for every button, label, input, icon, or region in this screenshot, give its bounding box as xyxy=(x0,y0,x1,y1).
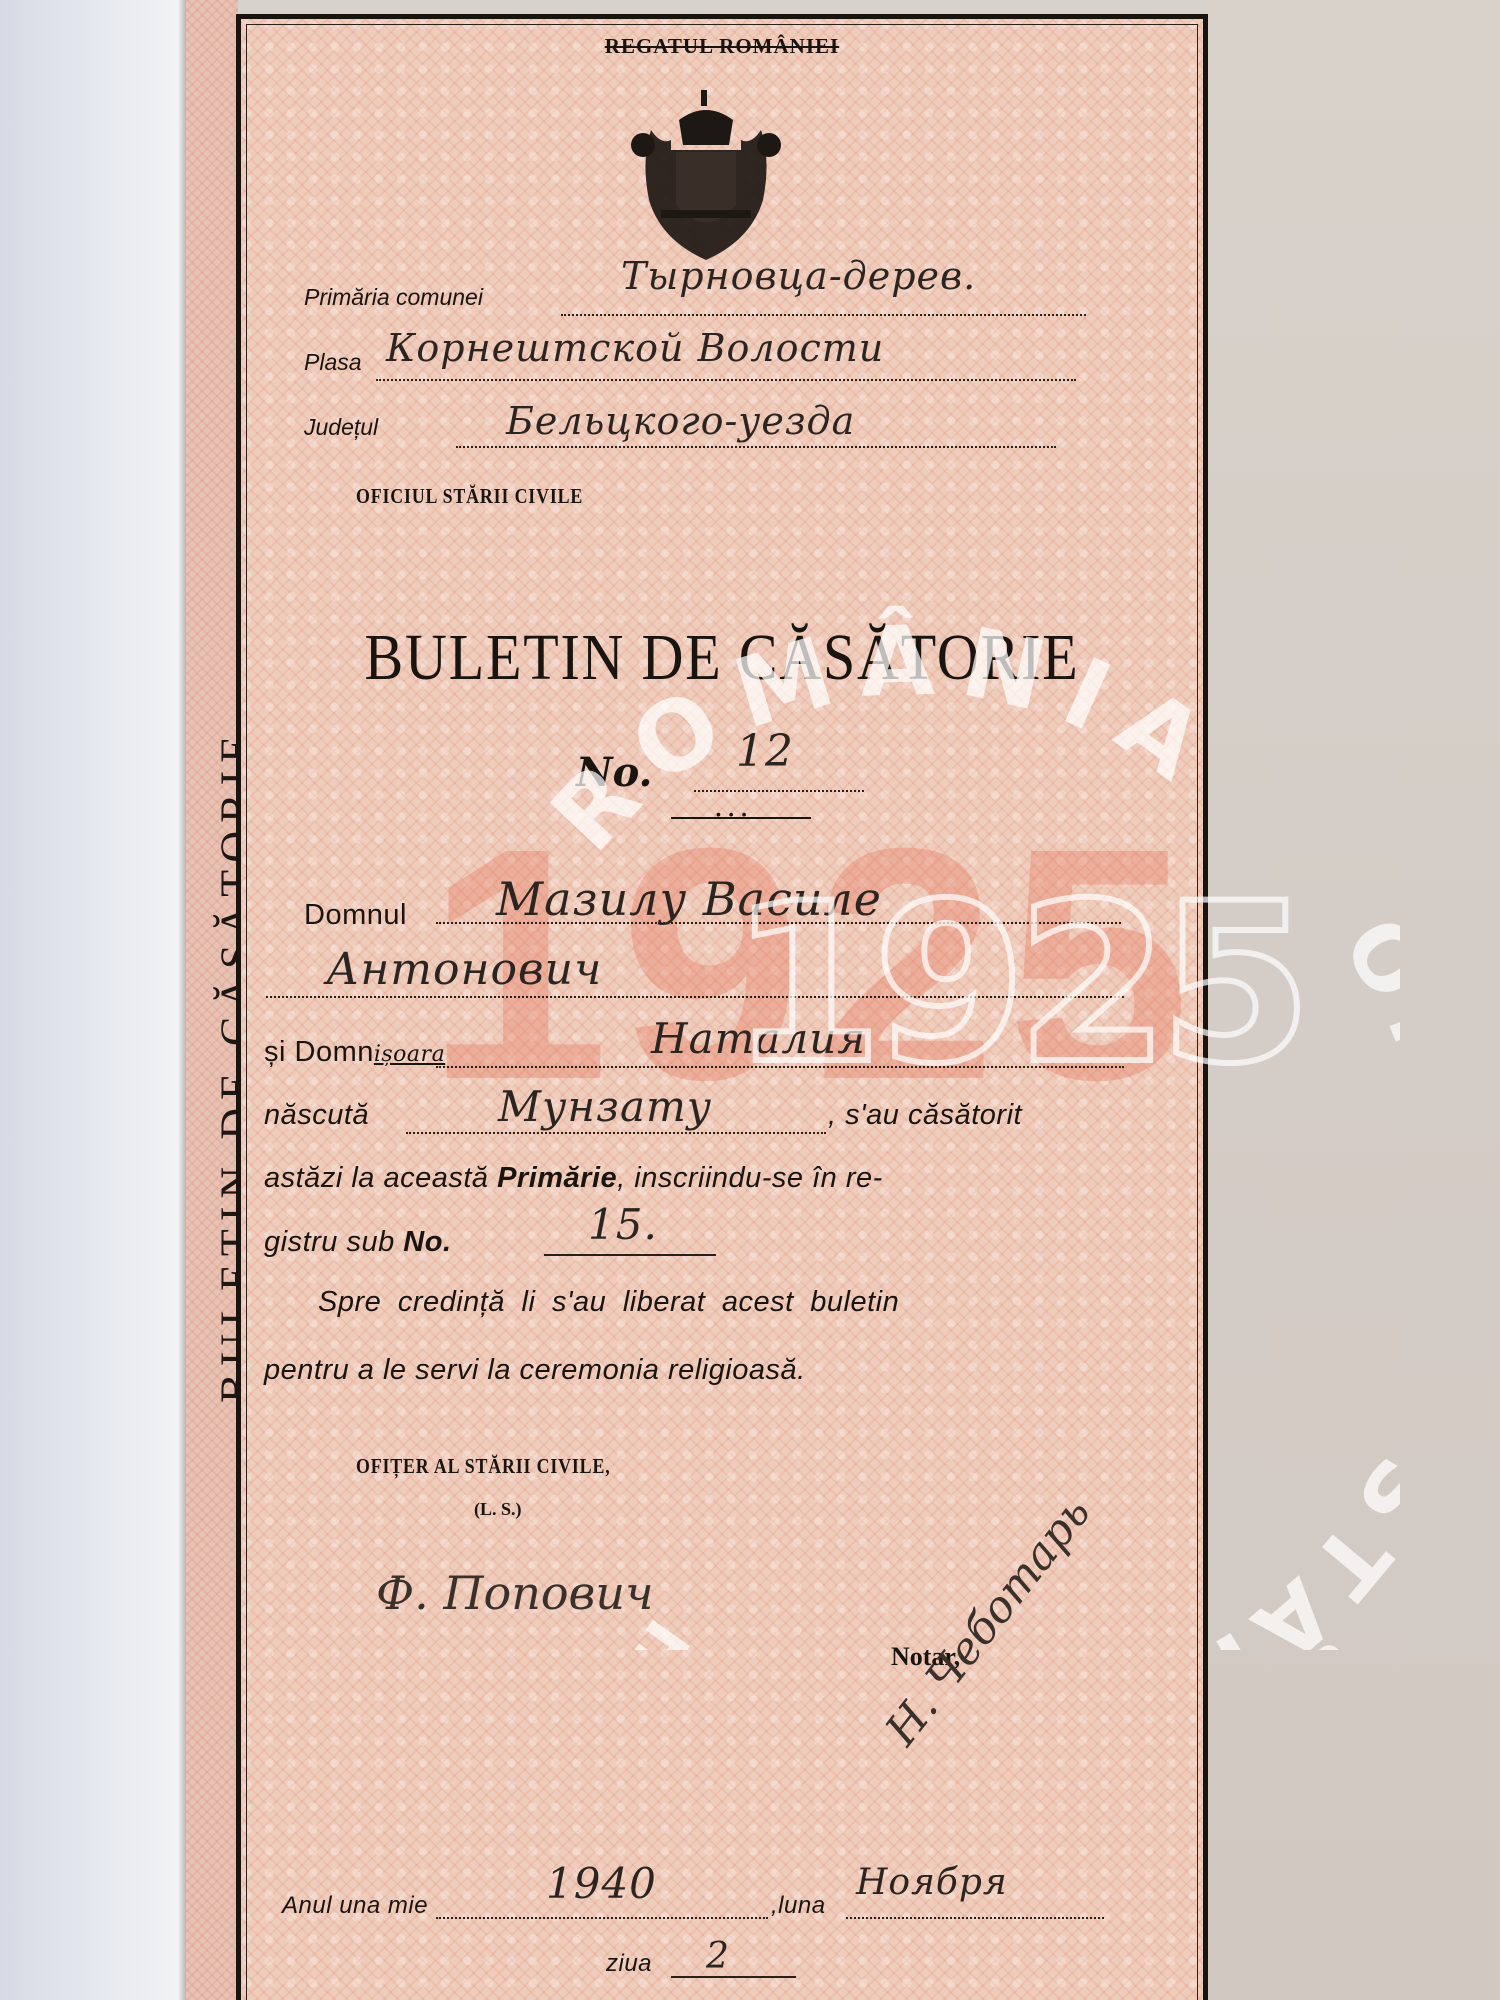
office-label: OFICIUL STĂRII CIVILE xyxy=(356,484,583,509)
born-value: Мунзатy xyxy=(498,1082,712,1131)
plasa-label: Plasa xyxy=(304,349,362,376)
year-value: 1940 xyxy=(546,1859,657,1908)
closing-line-2: pentru a le servi la ceremonia religioas… xyxy=(264,1354,806,1387)
registry-line-2: gistru sub No. xyxy=(264,1226,452,1259)
plasa-value: Корнештской Волости xyxy=(386,326,884,370)
registry-no-value: 15. xyxy=(588,1200,658,1249)
primaria-value: Тырновца-дерев. xyxy=(621,254,976,298)
judetul-field-line xyxy=(456,446,1056,448)
number-value: 12 xyxy=(736,726,794,777)
day-field-line xyxy=(671,1976,796,1978)
registry-line-1: astăzi la această Primărie, inscriindu-s… xyxy=(264,1162,883,1195)
primaria-field-line xyxy=(561,314,1086,316)
officer-signature: Ф. Попович xyxy=(376,1566,654,1620)
month-value: Ноября xyxy=(856,1862,1008,1903)
bride-name: Наталия xyxy=(651,1014,866,1063)
marriage-certificate: 1925 REGATUL ROMÂNIEI Primăria comunei Т… xyxy=(236,14,1208,2000)
day-value: 2 xyxy=(706,1936,730,1977)
primaria-label: Primăria comunei xyxy=(304,284,483,311)
year-label: Anul una mie xyxy=(282,1892,428,1920)
year-field-line xyxy=(436,1917,768,1919)
bride-field-line xyxy=(436,1066,1124,1068)
groom-label: Domnul xyxy=(304,899,407,932)
closing-line-1: Spre credință li s'au liberat acest bule… xyxy=(318,1286,899,1319)
married-text: , s'au căsătorit xyxy=(828,1099,1022,1132)
plasa-field-line xyxy=(376,379,1076,381)
judetul-label: Județul xyxy=(304,414,378,441)
day-label: ziua xyxy=(606,1950,652,1978)
kingdom-header: REGATUL ROMÂNIEI xyxy=(236,34,1208,59)
seal-mark: (L. S.) xyxy=(474,1499,522,1520)
stub-strip: BULETIN DE CĂSĂTORIE xyxy=(186,0,238,2000)
month-field-line xyxy=(846,1917,1104,1919)
registry-no-line xyxy=(544,1254,716,1256)
groom-name-line-1: Мазилу Василе xyxy=(496,872,882,926)
number-label: No. xyxy=(576,749,652,796)
groom-name-line-2: Антонович xyxy=(326,944,602,995)
document-title: BULETIN DE CĂSĂTORIE xyxy=(294,620,1149,696)
born-field-line xyxy=(406,1132,826,1134)
judetul-value: Бельцкого-уезда xyxy=(506,399,855,443)
officer-title: OFIȚER AL STĂRII CIVILE, xyxy=(356,1454,611,1479)
right-page xyxy=(1205,0,1500,2000)
divider-ornament xyxy=(671,817,811,819)
bride-label: și Domnișoara xyxy=(264,1036,445,1069)
groom-field-line-2 xyxy=(266,996,1124,998)
coat-of-arms-icon xyxy=(621,90,791,265)
left-page xyxy=(0,0,186,2000)
month-label: ,luna xyxy=(771,1892,826,1920)
born-label: născută xyxy=(264,1099,369,1132)
number-field-line xyxy=(694,790,864,792)
